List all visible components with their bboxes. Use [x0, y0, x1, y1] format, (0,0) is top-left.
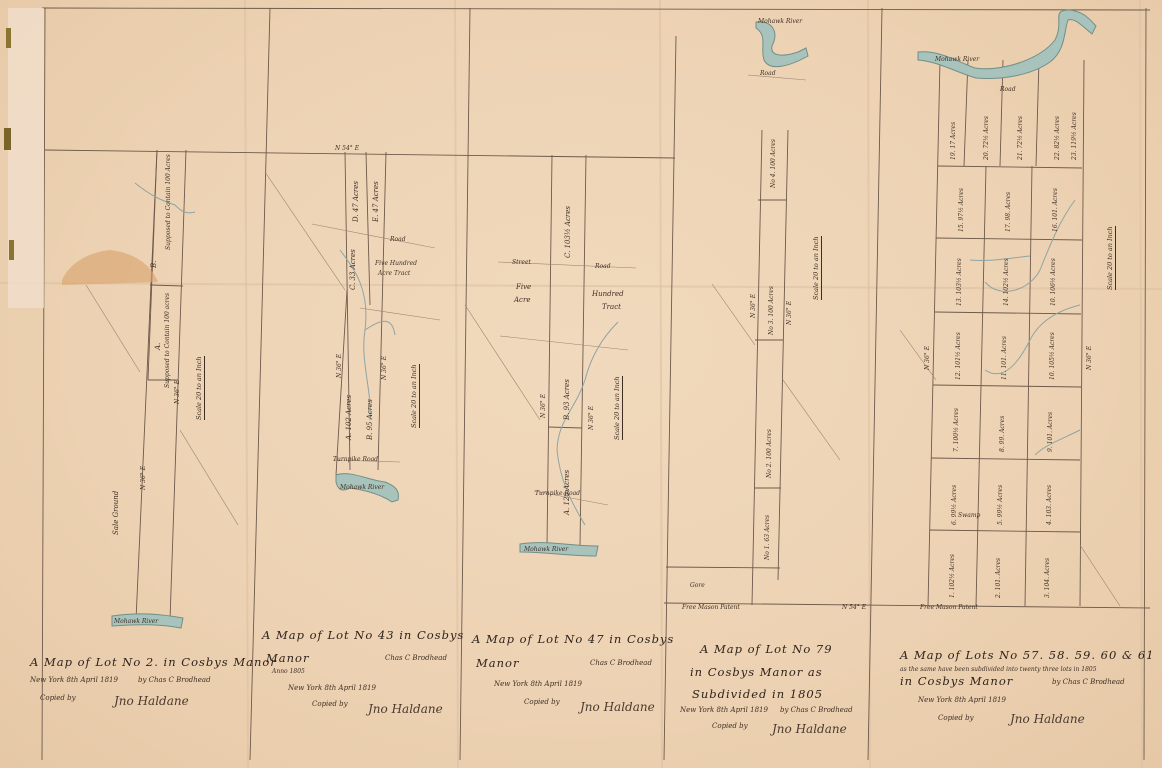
lot-2-b-letter: B. — [150, 261, 158, 268]
lot-47-tract-five: Five — [516, 283, 531, 291]
lot-43-title-manor: Manor — [266, 651, 309, 665]
lot-cell: 8. 99. Acres — [999, 416, 1006, 452]
lot-cell: 16. 101. Acres — [1052, 188, 1059, 232]
lot-2-signature: Jno Haldane — [114, 694, 189, 708]
lot-47-title-manor: Manor — [476, 656, 519, 670]
lot-79-bottom-bearing: N 54° E — [842, 604, 866, 611]
lot-cell: 14. 102½ Acres — [1003, 258, 1010, 306]
lot-79-surveyor: by Chas C Brodhead — [780, 706, 853, 714]
lot-2-b-label: Supposed to Contain 100 Acres — [165, 154, 172, 250]
lot-43-scale: Scale 20 to an Inch — [410, 364, 420, 428]
lots-57-61-subtitle: as the same have been subdivided into tw… — [900, 666, 1097, 673]
lot-43-tract-1: Five Hundred — [375, 260, 417, 267]
lot-cell: 13. 103½ Acres — [956, 258, 963, 306]
lot-cell: 22. 82½ Acres — [1054, 116, 1061, 160]
lot-47-copied-by: Copied by — [524, 698, 560, 706]
lot-43-bearing-2: N 36° E — [381, 356, 388, 380]
lot-cell: 10. 105½ Acres — [1049, 332, 1056, 380]
lot-79-copied-by: Copied by — [712, 722, 748, 730]
lot-79-no2: No 2. 100 Acres — [766, 429, 773, 478]
lot-47-title: A Map of Lot No 47 in Cosbys — [472, 632, 674, 646]
lot-cell: 15. 97½ Acres — [958, 188, 965, 232]
lot-cell: 1. 102½ Acres — [949, 554, 956, 598]
lot-79-gore: Gore — [690, 582, 705, 589]
lot-79-no3: No 3. 100 Acres — [768, 286, 775, 335]
lot-79-road: Road — [760, 70, 776, 77]
lot-2-title: A Map of Lot No 2. in Cosbys Manor — [30, 655, 277, 669]
lot-cell: 9. 101. Acres — [1047, 412, 1054, 452]
lot-47-road: Road — [595, 263, 611, 270]
lot-2-a-label: Supposed to Contain 100 acres — [164, 293, 171, 388]
lot-47-river: Mohawk River — [524, 546, 568, 553]
lots-57-61-title-manor: in Cosbys Manor — [900, 674, 1013, 688]
lot-47-signature: Jno Haldane — [580, 700, 655, 714]
lot-79-scale: Scale 20 to an Inch — [812, 236, 822, 300]
lot-79-bearing-2: N 36° E — [786, 301, 793, 325]
lots-57-61-patent: Free Mason Patent — [920, 604, 978, 611]
lots-57-61-surveyor: by Chas C Brodhead — [1052, 678, 1125, 686]
lot-43-c: C. 33 Acres — [349, 249, 357, 290]
lot-43-title: A Map of Lot No 43 in Cosbys — [262, 628, 464, 642]
lot-cell: 7. 100½ Acres — [953, 408, 960, 452]
lot-79-title-3: Subdivided in 1805 — [692, 687, 823, 701]
lot-cell: 21. 72½ Acres — [1017, 116, 1024, 160]
lot-47-bearing-2: N 36° E — [588, 406, 595, 430]
lot-47-scale: Scale 20 to an Inch — [613, 376, 623, 440]
lot-79-patent: Free Mason Patent — [682, 604, 740, 611]
lot-2-river: Mohawk River — [114, 618, 158, 625]
lot-79-date: New York 8th April 1819 — [680, 706, 768, 714]
lot-43-d: D. 47 Acres — [352, 181, 360, 222]
lot-47-c: C. 103½ Acres — [564, 206, 572, 258]
lots-57-61-bearing-1: N 36° E — [924, 346, 931, 370]
lot-47-tract-hundred: Hundred — [592, 290, 624, 298]
lot-47-tract-acre: Acre — [514, 296, 530, 304]
lot-43-bearing-1: N 36° E — [336, 354, 343, 378]
lot-43-b: B. 95 Acres — [366, 399, 374, 440]
lot-cell: 12. 101½ Acres — [955, 332, 962, 380]
lot-47-bearing-1: N 36° E — [540, 394, 547, 418]
map-sheet: A Map of Lot No 2. in Cosbys Manor New Y… — [0, 0, 1162, 768]
lots-57-61-bearing-2: N 36° E — [1086, 346, 1093, 370]
lot-2-surveyor: by Chas C Brodhead — [138, 676, 211, 684]
lot-2-bearing-1: N 36° E — [174, 380, 181, 404]
lots-57-61-title: A Map of Lots No 57. 58. 59. 60 & 61 — [900, 648, 1154, 662]
lot-47-surveyor: Chas C Brodhead — [590, 659, 652, 667]
lot-cell: 20. 72½ Acres — [983, 116, 990, 160]
lot-2-scale: Scale 20 to an Inch — [195, 356, 205, 420]
lot-79-title-2: in Cosbys Manor as — [690, 665, 823, 679]
lots-57-61-signature: Jno Haldane — [1010, 712, 1085, 726]
lot-2-copied-by: Copied by — [40, 694, 76, 702]
lot-79-signature: Jno Haldane — [772, 722, 847, 736]
lots-57-61-scale: Scale 20 to an Inch — [1106, 226, 1116, 290]
lot-2-a-letter: A. — [154, 343, 162, 350]
lot-47-tract-tract: Tract — [602, 303, 621, 311]
lots-57-61-road: Road — [1000, 86, 1016, 93]
lot-79-no1: No 1. 63 Acres — [764, 515, 771, 560]
lot-2-note: Sale Ground — [112, 491, 120, 535]
lot-43-a: A. 102 Acres — [345, 395, 353, 440]
lot-cell: 4. 103. Acres — [1046, 485, 1053, 525]
lot-79-title: A Map of Lot No 79 — [700, 642, 833, 656]
lot-43-river: Mohawk River — [340, 484, 384, 491]
lot-79-no4: No 4. 100 Acres — [770, 139, 777, 188]
lot-43-turnpike: Turnpike Road — [333, 456, 378, 463]
lot-43-since: Anno 1805 — [272, 668, 305, 675]
lot-47-date: New York 8th April 1819 — [494, 680, 582, 688]
lot-47-turnpike: Turnpike Road — [535, 490, 580, 497]
lot-2-bearing-2: N 36° E — [140, 466, 147, 490]
lot-cell: 23. 119½ Acres — [1071, 112, 1078, 160]
lot-43-copied-by: Copied by — [312, 700, 348, 708]
lot-43-surveyor: Chas C Brodhead — [385, 654, 447, 662]
lot-cell: 3. 104. Acres — [1044, 558, 1051, 598]
lot-43-signature: Jno Haldane — [368, 702, 443, 716]
lot-cell: 6. 99½ Acres — [951, 485, 958, 525]
lot-43-tract-2: Acre Tract — [378, 270, 410, 277]
lot-79-river: Mohawk River — [758, 18, 802, 25]
lot-cell: 5. 99½ Acres — [997, 485, 1004, 525]
lot-cell: 10. 106½ Acres — [1050, 258, 1057, 306]
lot-2-date: New York 8th April 1819 — [30, 676, 118, 684]
lot-43-top-bearing: N 54° E — [335, 145, 359, 152]
lots-57-61-copied-by: Copied by — [938, 714, 974, 722]
lot-47-b: B. 93 Acres — [563, 379, 571, 420]
lot-43-date: New York 8th April 1819 — [288, 684, 376, 692]
lot-43-e: E. 47 Acres — [372, 181, 380, 222]
lots-57-61-date: New York 8th April 1819 — [918, 696, 1006, 704]
lot-79-bearing-1: N 36° E — [750, 294, 757, 318]
lot-43-road: Road — [390, 236, 406, 243]
lot-47-street: Street — [512, 259, 531, 266]
lot-cell: 11. 101. Acres — [1001, 336, 1008, 380]
lot-cell: 17. 98. Acres — [1005, 192, 1012, 232]
lots-57-61-river: Mohawk River — [935, 56, 979, 63]
lot-cell: 19. 17 Acres — [950, 122, 957, 160]
lots-57-61-swamp: Swamp — [958, 512, 980, 519]
lot-cell: 2. 101. Acres — [995, 558, 1002, 598]
